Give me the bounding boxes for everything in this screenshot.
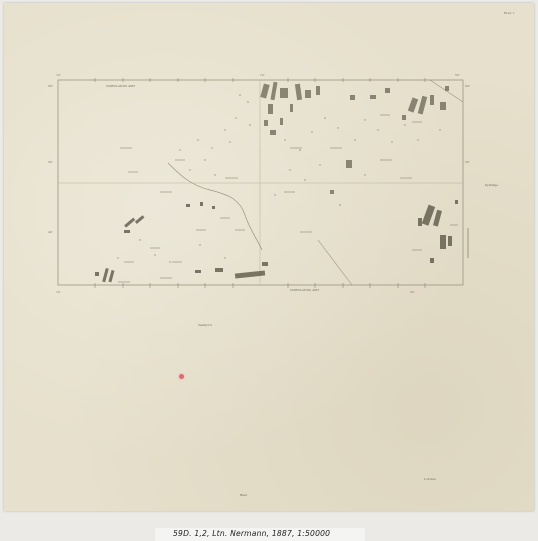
island-cluster-south — [95, 262, 268, 282]
place-name-marks — [118, 115, 458, 282]
margin-note-right: Kystlinje — [485, 183, 498, 187]
island-cluster-north — [260, 82, 449, 194]
map-frame — [58, 80, 463, 285]
boundary-line — [318, 240, 352, 285]
tick-label-top-0: 10' — [56, 73, 61, 77]
margin-note-west: Vestfjord — [198, 323, 212, 327]
tick-label-right-1: 50' — [465, 160, 470, 164]
tick-label-bottom-0: 10' — [56, 290, 61, 294]
map-caption: 59D. 1,2, Ltn. Nermann, 1887, 1:50000 — [173, 529, 330, 538]
bottom-frame-title: NORDLANDS AMT — [290, 288, 319, 292]
margin-note-bottom-center: Blad — [240, 493, 247, 497]
tick-label-left-0: 60° — [48, 84, 53, 88]
tick-label-bottom-10: 50' — [410, 290, 415, 294]
tick-label-left-1: 50' — [48, 160, 53, 164]
islet-speckle — [117, 94, 440, 262]
top-frame-title: NORDLANDS AMT — [106, 84, 135, 88]
red-marker — [179, 374, 184, 379]
island-cluster-east — [418, 200, 458, 263]
map-drawing — [0, 0, 538, 541]
tick-label-top-6: 10' — [260, 73, 265, 77]
island-cluster-west — [124, 202, 215, 233]
margin-note-southeast: Lofoten — [424, 477, 436, 481]
tick-label-top-10: 50' — [455, 73, 460, 77]
tick-label-left-2: 40' — [48, 230, 53, 234]
tick-label-right-0: 60° — [465, 84, 470, 88]
